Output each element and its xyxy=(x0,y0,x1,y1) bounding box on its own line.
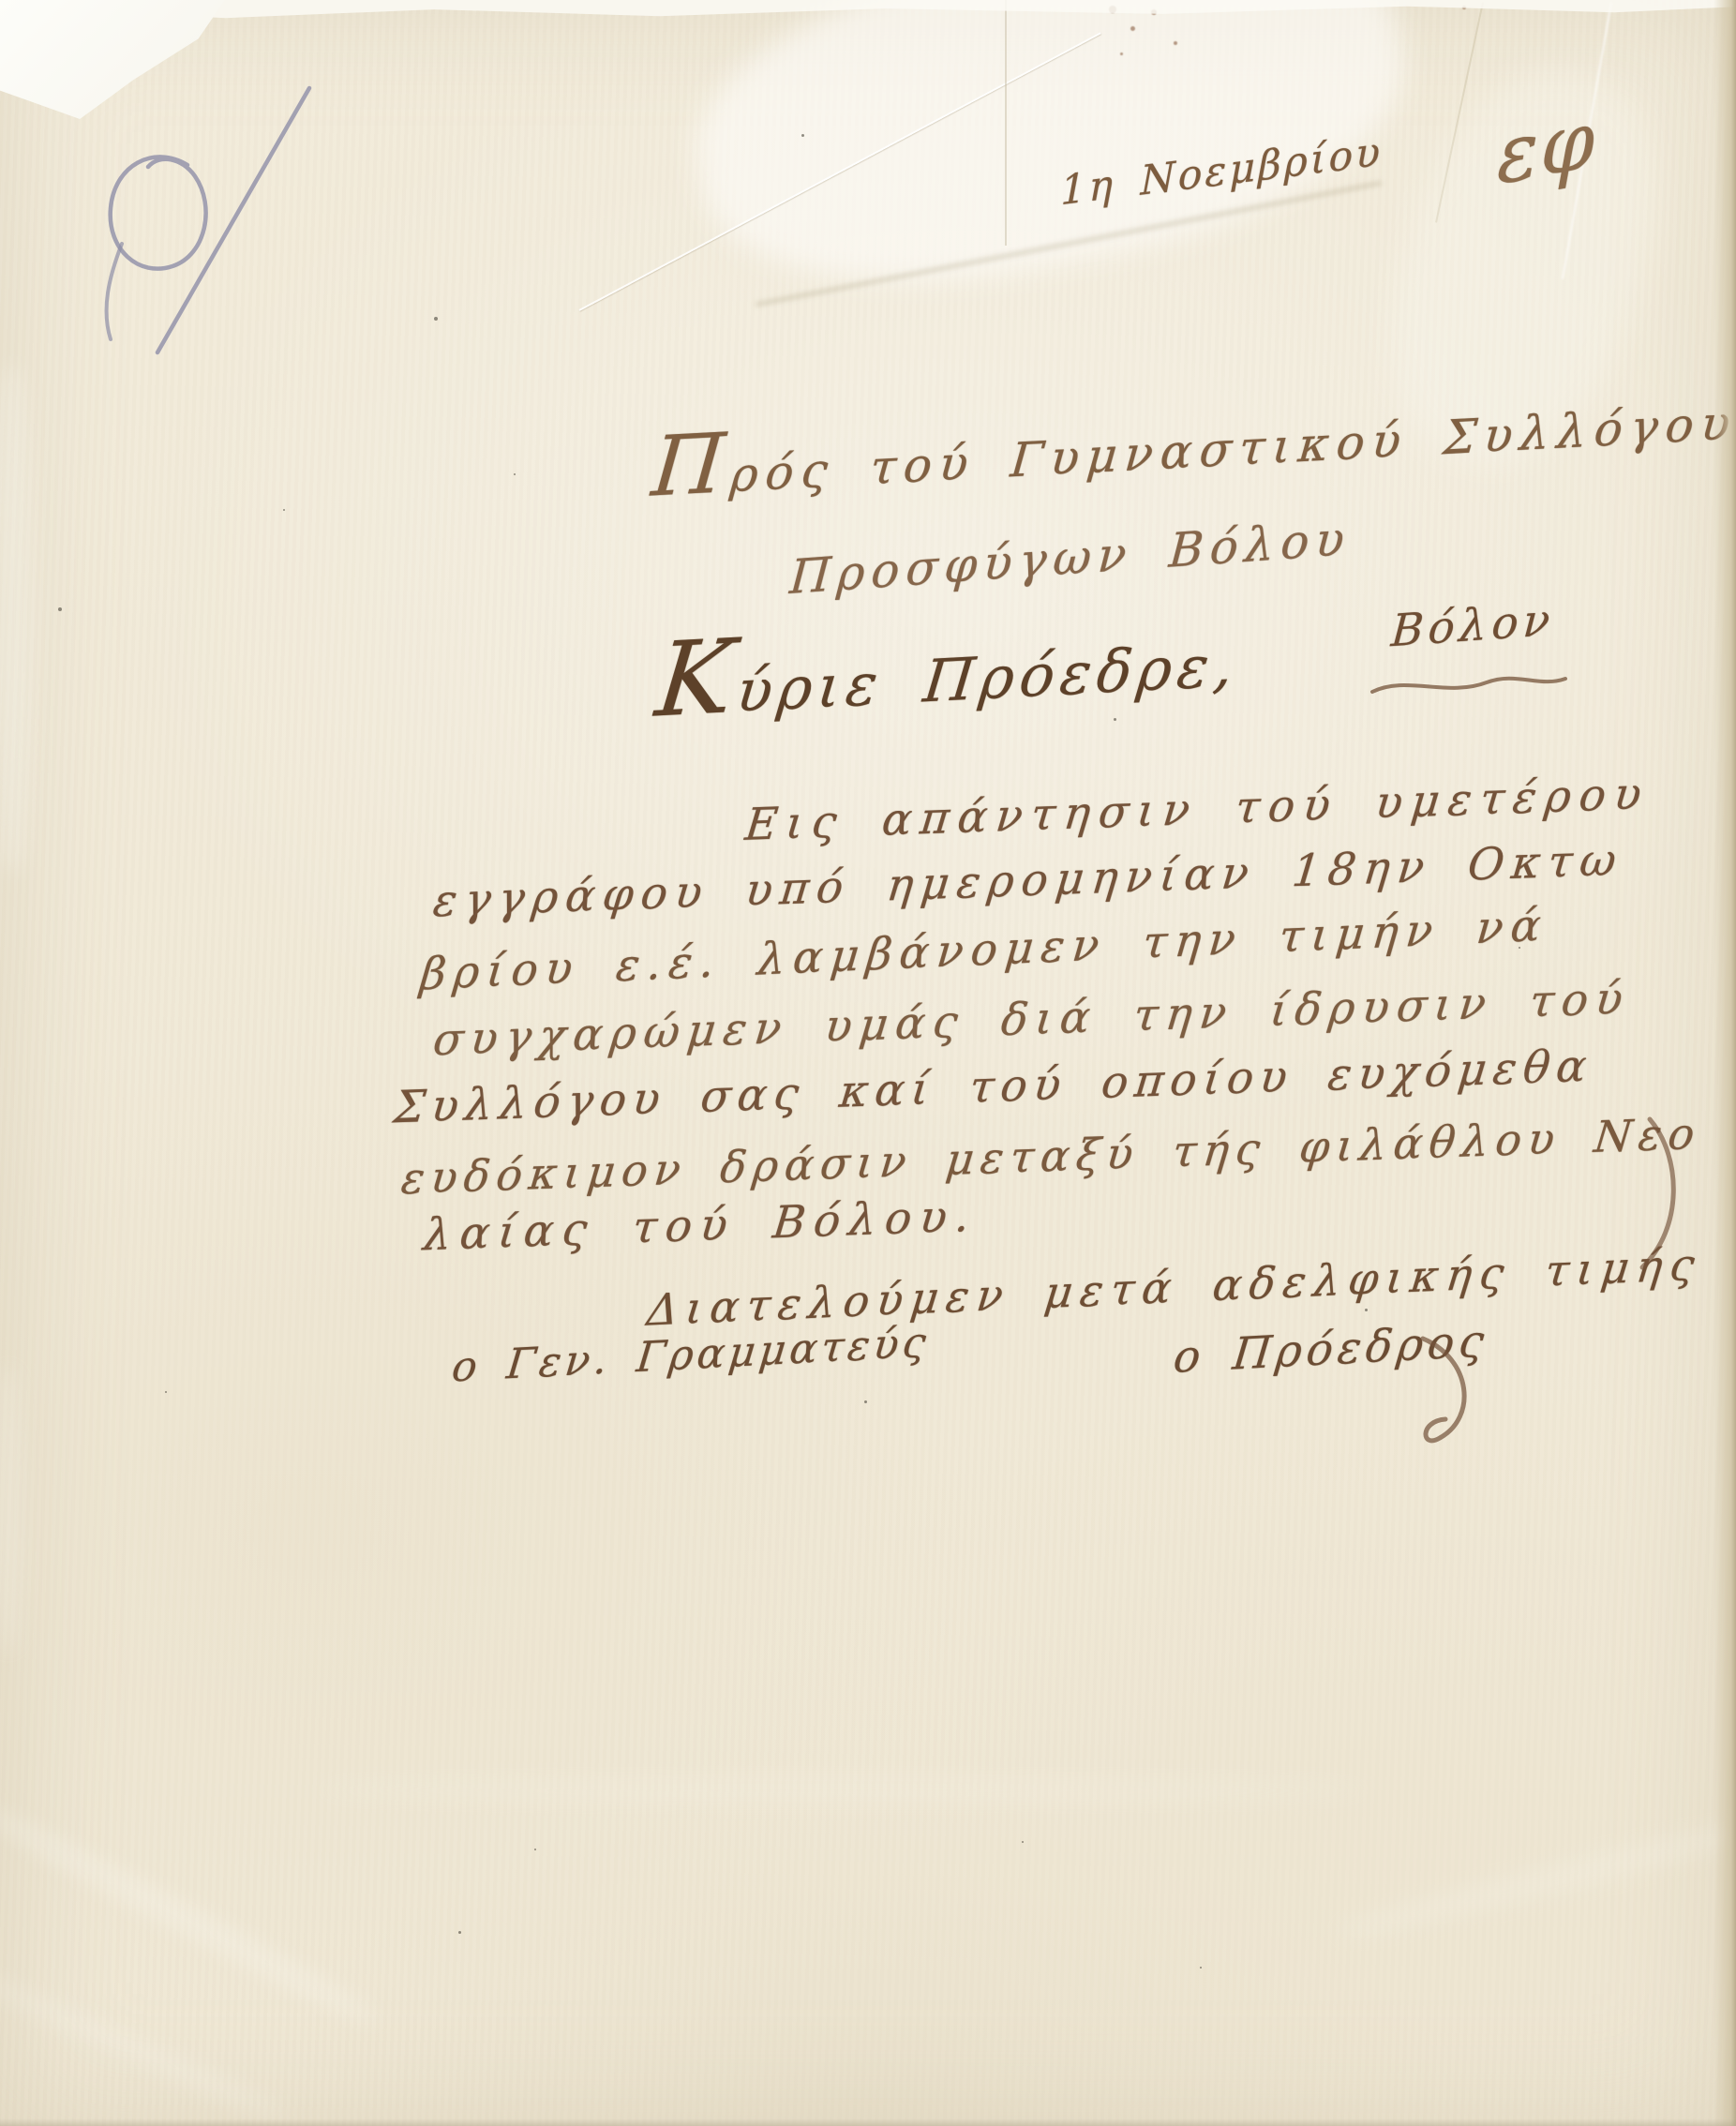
crease-left-band-1 xyxy=(0,366,32,872)
foxing-spot xyxy=(1174,41,1177,45)
margin-flourish-right xyxy=(1633,1115,1689,1275)
signature-flourish xyxy=(1414,1331,1489,1462)
foxing-spot xyxy=(1130,26,1135,31)
crease-bottomright xyxy=(1335,1811,1736,1945)
address-line-1: Πρός τού Γυμναστικού Συλλόγου xyxy=(650,382,1736,506)
crease-bottomleft-2 xyxy=(0,1963,289,2125)
dust-speck xyxy=(165,1391,167,1393)
scan-right-edge xyxy=(1714,0,1736,2126)
crease-bottomleft-1 xyxy=(0,1799,382,2031)
dust-speck xyxy=(864,1400,867,1403)
crease-left-band-2 xyxy=(0,1369,22,1650)
crease-bottom-horizontal xyxy=(319,1781,1369,1800)
dust-speck xyxy=(801,134,804,137)
dust-speck xyxy=(1022,1841,1024,1843)
closing-line: Διατελούμεν μετά αδελφικής τιμής xyxy=(644,1238,1704,1335)
address-line-3: Βόλον xyxy=(1389,594,1556,658)
dust-speck xyxy=(1114,718,1116,721)
address-line-2: Προσφύγων Βόλου xyxy=(788,511,1353,605)
date-flourish: εφ xyxy=(1497,92,1596,202)
dust-speck xyxy=(1200,1967,1202,1969)
salutation: Κύριε Πρόεδρε, xyxy=(652,614,1244,729)
dust-speck xyxy=(434,317,438,321)
body-line-7: λαίας τού Βόλου. xyxy=(421,1190,980,1262)
letter-scan-page: 335 1η Νοεμβρίου εφ Πρός τού Γυμναστικού… xyxy=(0,0,1736,2126)
pencil-registry-mark xyxy=(77,75,339,356)
dust-speck xyxy=(534,1849,536,1850)
crease-vertical-center xyxy=(1005,0,1007,246)
dust-speck xyxy=(1365,1309,1368,1311)
dust-speck xyxy=(458,1931,461,1934)
scan-bottom-edge xyxy=(0,2119,1736,2126)
dust-speck xyxy=(514,473,516,475)
dust-speck xyxy=(58,607,62,611)
address-underline-flourish xyxy=(1367,673,1573,701)
foxing-spot xyxy=(1120,52,1123,55)
dust-speck xyxy=(283,509,285,511)
